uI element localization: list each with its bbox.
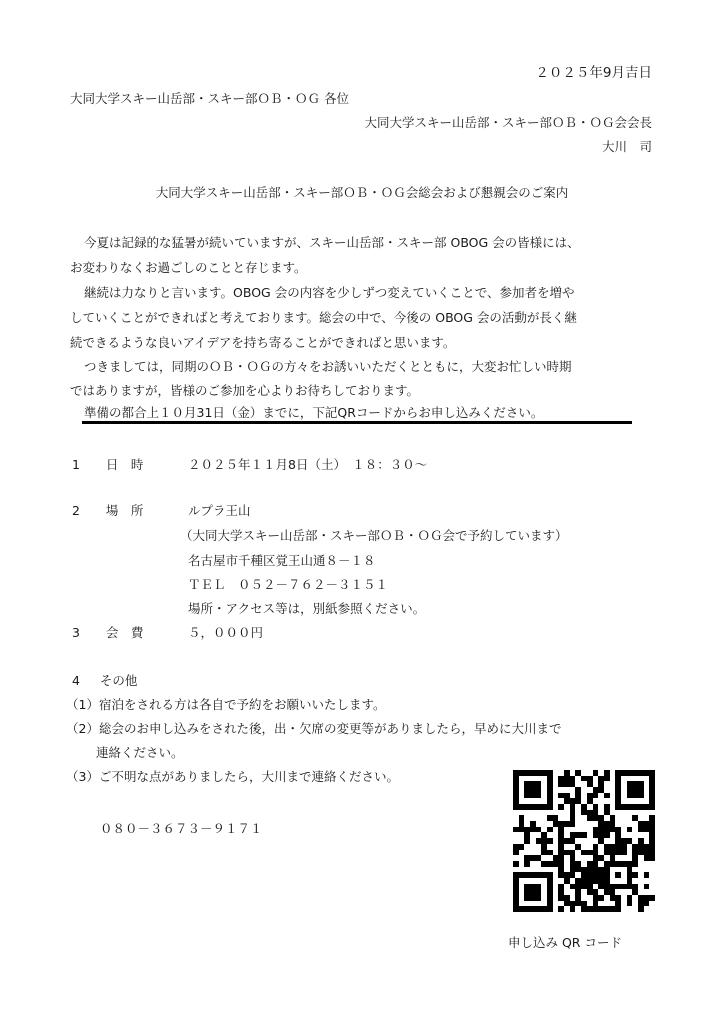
document-date: ２０２５年9月吉日: [535, 64, 652, 82]
other-item-continued: 連絡ください。: [96, 744, 184, 761]
section-label: その他: [100, 673, 138, 688]
section-number: 3: [72, 625, 80, 640]
deadline-note: 準備の都合上１０月31日（金）までに，下記QRコードからお申し込みください。: [84, 404, 543, 421]
other-item: （1）宿泊をされる方は各自で予約をお願いいたします。: [66, 696, 385, 713]
section-label: 日 時: [106, 457, 144, 472]
venue-reservation-note: （大同大学スキー山岳部・スキー部ＯＢ・ＯＧ会で予約しています）: [180, 527, 568, 544]
body-line: 継続は力なりと言います。OBOG 会の内容を少しずつ変えていくことで、参加者を増…: [84, 284, 574, 301]
body-line: お変わりなくお過ごしのことと存じます。: [70, 259, 307, 276]
deadline-underline: [82, 421, 632, 424]
body-line: 今夏は記録的な猛暑が続いていますが、スキー山岳部・スキー部 OBOG 会の皆様に…: [84, 234, 580, 251]
venue-name: ルプラ王山: [188, 502, 251, 519]
section-number: 2: [72, 503, 80, 518]
body-line: ではありますが，皆様のご参加を心よりお待ちしております。: [70, 382, 419, 399]
body-line: つきましては，同期のＯＢ・ＯＧの方々をお誘いいただくとともに，大変お忙しい時期: [84, 358, 572, 375]
section-label: 会 費: [106, 625, 144, 640]
venue-address: 名古屋市千種区覚王山通８－１８: [188, 552, 376, 569]
qr-caption: 申し込み QR コード: [508, 934, 622, 951]
section-number: 1: [72, 457, 80, 472]
contact-phone: ０８０－３６７３－９１７１: [100, 820, 263, 837]
qr-module: [649, 906, 655, 912]
section-number: 4: [72, 673, 80, 688]
other-item: （2）総会のお申し込みをされた後，出・欠席の変更等がありましたら，早めに大川まで: [66, 720, 561, 737]
section-3-header: 3 会 費: [72, 624, 143, 641]
fee-amount: ５，０００円: [188, 624, 263, 641]
venue-access-note: 場所・アクセス等は，別紙参照ください。: [188, 600, 425, 617]
sender-name: 大川 司: [602, 138, 652, 155]
section-1-header: 1 日 時: [72, 456, 143, 473]
event-datetime: ２０２５年１１月8日（土） １８：３０～: [188, 456, 427, 473]
section-2-header: 2 場 所: [72, 502, 143, 519]
section-label: 場 所: [106, 503, 144, 518]
section-4-header: 4 その他: [72, 672, 137, 689]
addressee: 大同大学スキー山岳部・スキー部ＯＢ・ＯＧ 各位: [70, 90, 349, 107]
other-item: （3）ご不明な点がありましたら，大川まで連絡ください。: [66, 768, 399, 785]
registration-qr-code[interactable]: [513, 770, 655, 912]
body-line: していくことができればと考えております。総会の中で、今後の OBOG 会の活動が…: [70, 309, 577, 326]
document-title: 大同大学スキー山岳部・スキー部ＯＢ・ＯＧ会総会および懇親会のご案内: [0, 184, 724, 201]
body-line: 続できるような良いアイデアを持ち寄ることができればと思います。: [70, 334, 455, 351]
sender-organization: 大同大学スキー山岳部・スキー部ＯＢ・ＯＧ会会長: [364, 114, 652, 131]
venue-phone: ＴＥＬ ０５２－７６２－３１５１: [188, 576, 388, 593]
